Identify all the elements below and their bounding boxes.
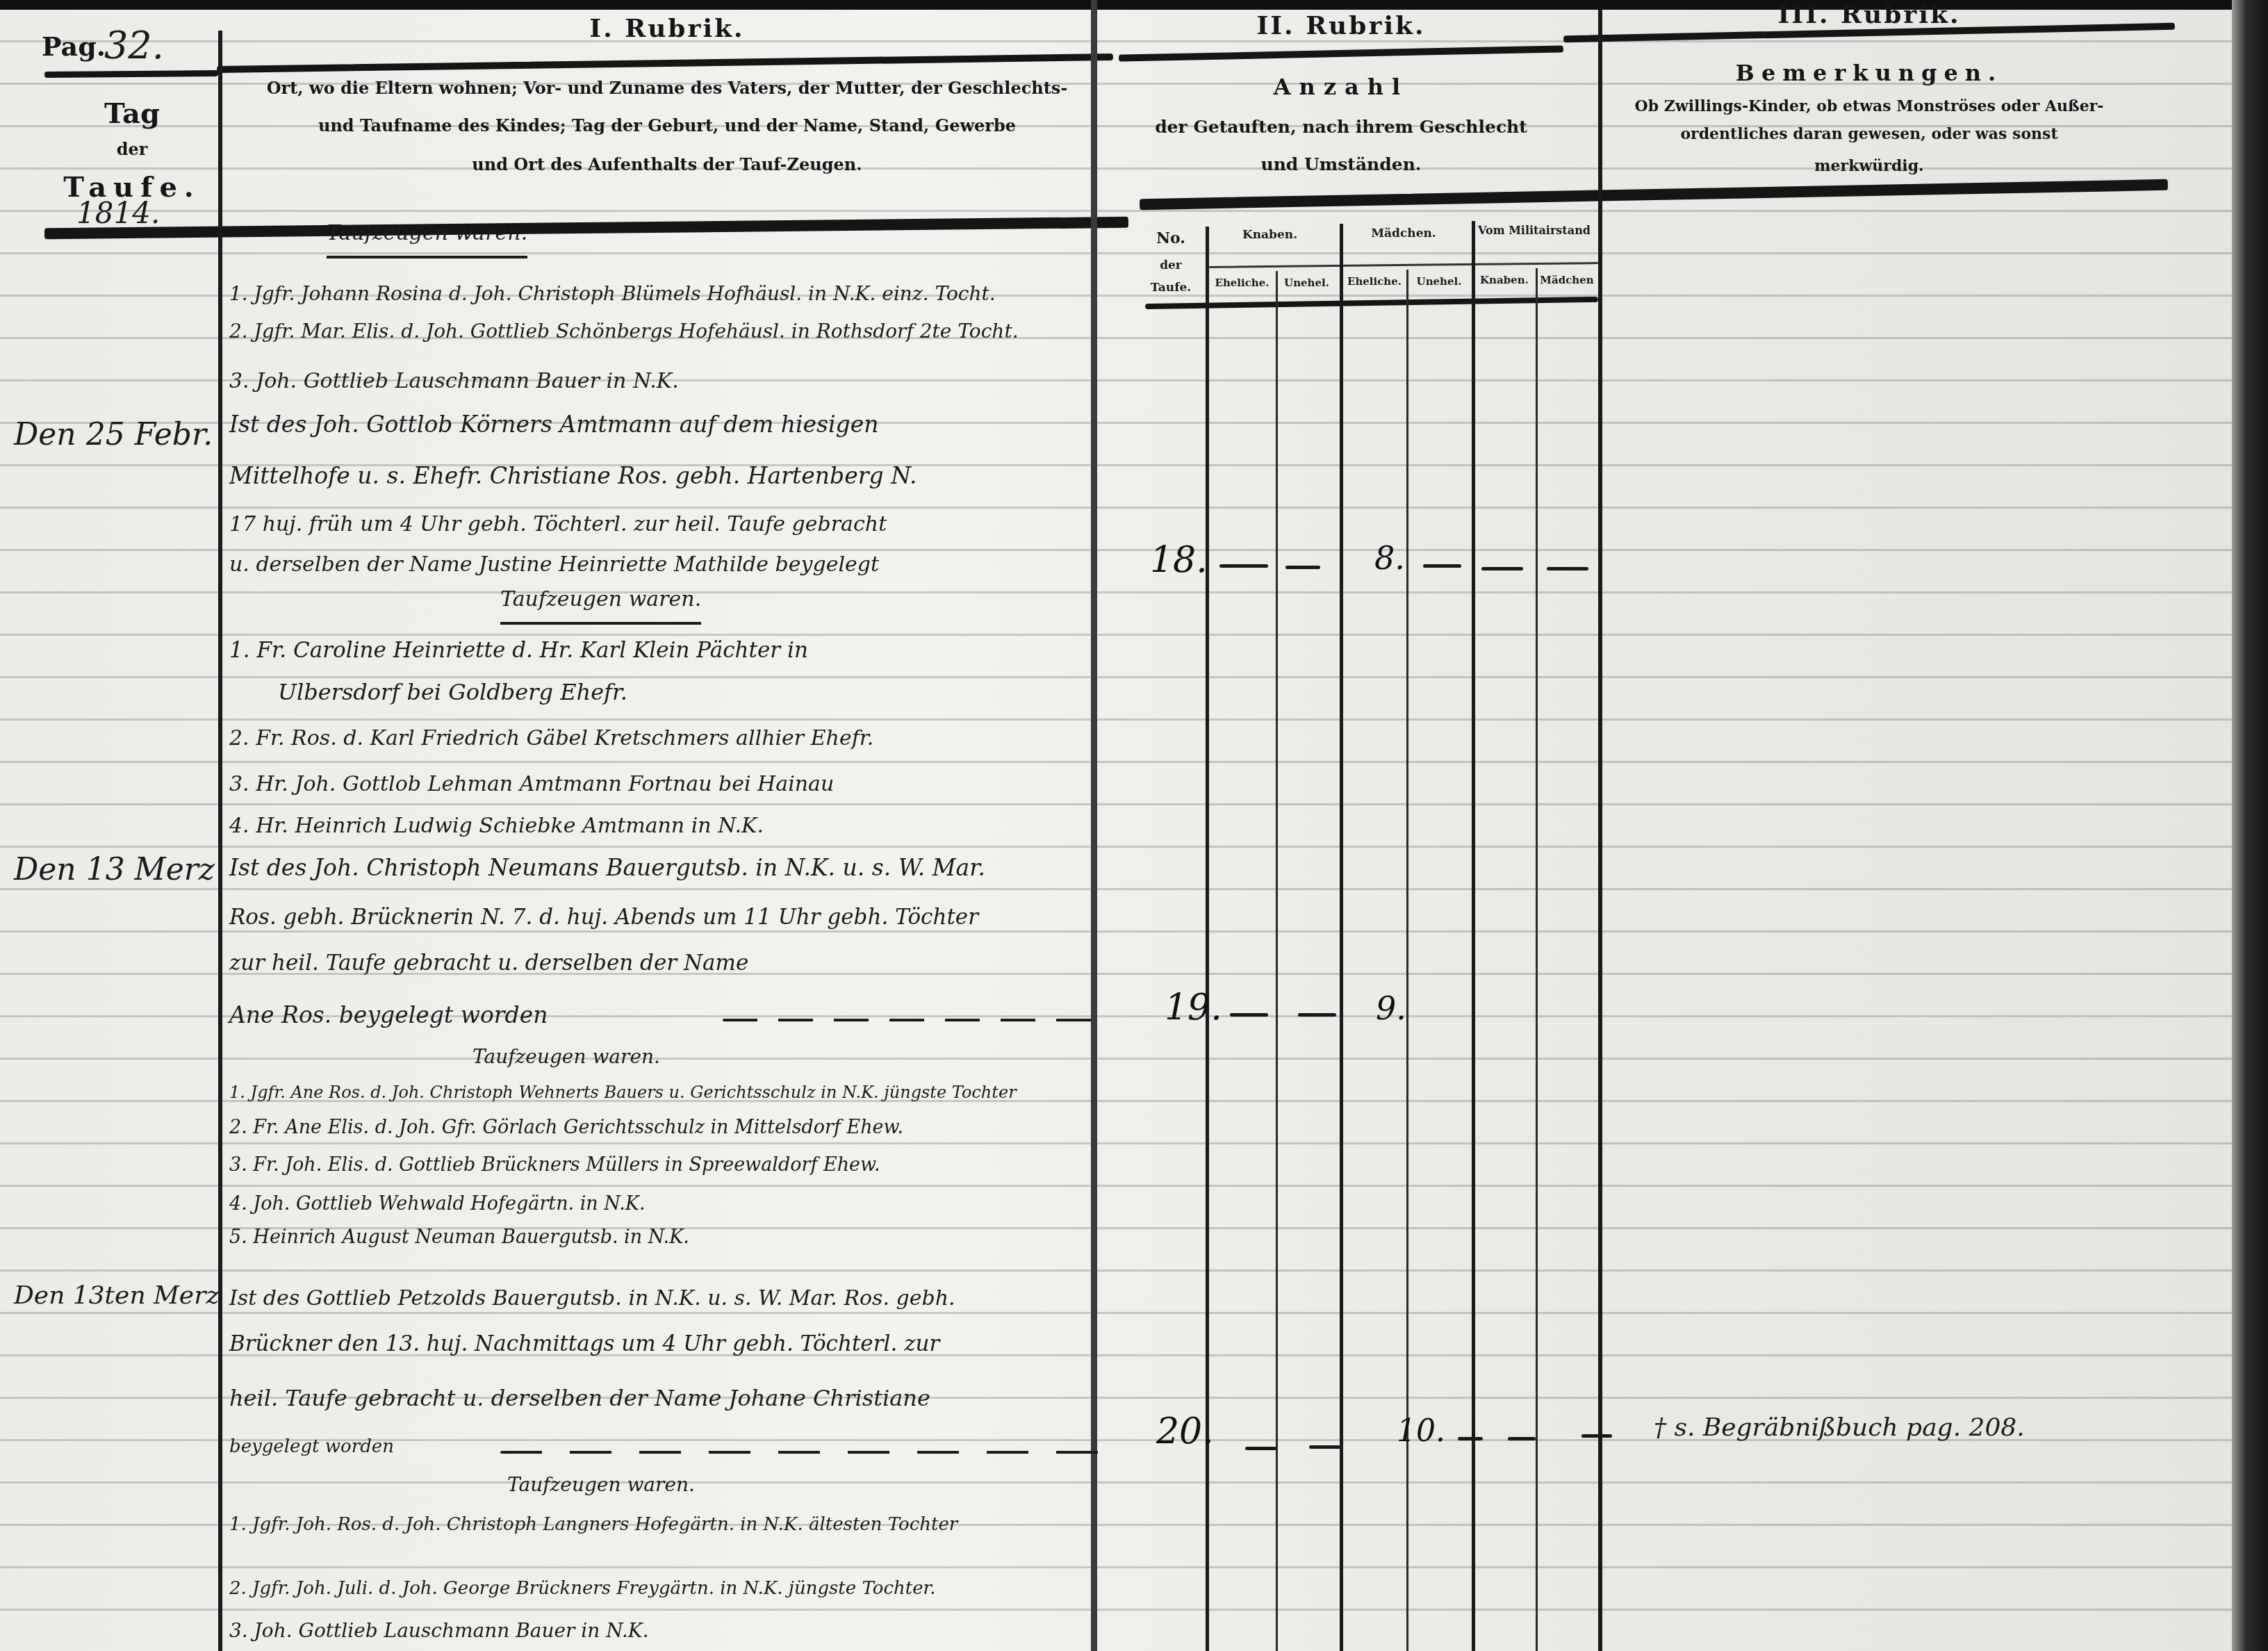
maedchen-eheliche-header: Eheliche.: [1342, 275, 1406, 288]
divider-date-rubrik1: [218, 31, 222, 1651]
entry1-line0: Ist des Joh. Gottlob Körners Amtmann auf…: [229, 403, 878, 445]
rubrik3-desc-line2: Ob Zwillings-Kinder, ob etwas Monströses…: [1598, 97, 2140, 115]
entry1-line1: Mittelhofe u. s. Ehefr. Christiane Ros. …: [229, 454, 917, 497]
entry1-line4: Taufzeugen waren.: [500, 578, 701, 625]
header-bottom-rule-right: [1140, 179, 2168, 210]
entry3-closing-dashes: [500, 1451, 1112, 1454]
entry2-no: 19.: [1165, 987, 1222, 1028]
entry1-mil-knaben: [1481, 567, 1523, 570]
entry3-line3: beygelegt worden: [229, 1426, 394, 1468]
register-page: Pag. 32. Tag der Taufe. 1814. I. Rubrik.…: [0, 0, 2268, 1651]
rubrik3-desc-line3: ordentliches daran gewesen, oder was son…: [1598, 125, 2140, 143]
year-label: 1814.: [76, 196, 160, 230]
day-header-line2: der: [49, 139, 215, 159]
subheader-mid-rule: [1209, 262, 1598, 268]
rubrik2-title: II. Rubrik.: [1126, 11, 1556, 40]
rubrik3-desc-line1: Bemerkungen.: [1598, 60, 2140, 86]
header-bottom-rule-left: [44, 217, 1128, 239]
entry3-line5: 1. Jgfr. Joh. Ros. d. Joh. Christoph Lan…: [229, 1504, 958, 1546]
col-knaben-split: [1276, 271, 1278, 1651]
entry1-knaben-unehel: [1285, 566, 1320, 569]
entry1-knaben-eheliche: [1219, 564, 1268, 568]
entry3-mil-maedchen: [1581, 1434, 1612, 1438]
entry2-line2: zur heil. Taufe gebracht u. derselben de…: [229, 942, 748, 985]
entry3-maedchen-unehel: [1458, 1437, 1483, 1440]
mil-knaben-header: Knaben.: [1474, 274, 1534, 286]
col-knaben-maedchen: [1340, 224, 1343, 1651]
entry2-line6: 2. Fr. Ane Elis. d. Joh. Gfr. Görlach Ge…: [229, 1106, 903, 1149]
no-header-line2: der: [1140, 258, 1202, 272]
entry2-line3: Ane Ros. beygelegt worden: [229, 994, 548, 1036]
entry0-line1: 1. Jgfr. Johann Rosina d. Joh. Christoph…: [229, 272, 996, 315]
entry2-line1: Ros. gebh. Brücknerin N. 7. d. huj. Aben…: [229, 896, 978, 939]
no-header-line3: Taufe.: [1140, 281, 1202, 295]
divider-rubrik2-rubrik3: [1598, 10, 1602, 1651]
rubrik1-desc-line1: Ort, wo die Eltern wohnen; Vor- und Zuna…: [222, 78, 1112, 98]
rubrik2-desc-line3: und Umständen.: [1126, 154, 1556, 174]
entry0-line0: Taufzeugen waren.: [327, 212, 527, 258]
entry2-maedchen-eheliche: 9.: [1376, 989, 1406, 1027]
entry1-line5: 1. Fr. Caroline Heinriette d. Hr. Karl K…: [229, 630, 808, 672]
militair-header: Vom Militairstand: [1472, 224, 1597, 237]
entry3-mil-knaben: [1508, 1437, 1536, 1440]
entry3-line2: heil. Taufe gebracht u. derselben der Na…: [229, 1377, 930, 1420]
entry1-maedchen-unehel: [1423, 564, 1461, 568]
knaben-eheliche-header: Eheliche.: [1209, 277, 1275, 289]
knaben-header: Knaben.: [1206, 228, 1334, 242]
no-header-line1: No.: [1140, 229, 1202, 247]
entry0-line2: 2. Jgfr. Mar. Elis. d. Joh. Gottlieb Sch…: [229, 310, 1019, 352]
entry2-knaben-eheliche: [1230, 1013, 1268, 1017]
entry1-line7: 2. Fr. Ros. d. Karl Friedrich Gäbel Kret…: [229, 717, 873, 759]
rubrik3-title: III. Rubrik.: [1598, 0, 2140, 29]
rubrik3-desc-line4: merkwürdig.: [1598, 157, 2140, 175]
page-label: Pag.: [42, 31, 106, 62]
entry3-line1: Brückner den 13. huj. Nachmittags um 4 U…: [229, 1323, 939, 1365]
entry1-line6: Ulbersdorf bei Goldberg Ehefr.: [278, 671, 627, 714]
entry2-knaben-unehel: [1298, 1013, 1336, 1017]
entry3-maedchen-eheliche: 10.: [1397, 1413, 1445, 1449]
entry2-line7: 3. Fr. Joh. Elis. d. Gottlieb Brückners …: [229, 1144, 880, 1186]
entry3-knaben-eheliche: [1245, 1447, 1276, 1450]
entry1-mil-maedchen: [1547, 567, 1588, 570]
divider-rubrik1-rubrik2: [1091, 0, 1097, 1651]
col-militair-split: [1536, 268, 1538, 1651]
entry3-line4: Taufzeugen waren.: [507, 1463, 695, 1506]
book-binding-edge: [2232, 0, 2268, 1651]
maedchen-unehel-header: Unehel.: [1408, 275, 1470, 288]
mil-maedchen-header: Mädchen: [1537, 274, 1597, 286]
entry2-closing-dashes: [723, 1019, 1098, 1021]
entry3-remark: † s. Begräbnißbuch pag. 208.: [1654, 1413, 2025, 1442]
entry3-line0: Ist des Gottlieb Petzolds Bauergutsb. in…: [229, 1277, 955, 1320]
rubrik1-desc-line3: und Ort des Aufenthalts der Tauf-Zeugen.: [222, 154, 1112, 174]
header-rule-left: [44, 70, 218, 78]
rubrik2-desc-line2: der Getauften, nach ihrem Geschlecht: [1126, 117, 1556, 137]
header-rule-rubrik1: [217, 54, 1113, 73]
entry1-date: Den 25 Febr.: [14, 417, 213, 452]
entry1-no: 18.: [1150, 539, 1208, 581]
entry1-line9: 4. Hr. Heinrich Ludwig Schiebke Amtmann …: [229, 805, 764, 847]
day-header-line1: Tag: [49, 97, 215, 130]
entry1-line2: 17 huj. früh um 4 Uhr gebh. Töchterl. zu…: [229, 503, 887, 545]
rubrik1-title: I. Rubrik.: [222, 14, 1112, 43]
subheader-bottom-rule: [1145, 297, 1598, 309]
entry3-date: Den 13ten Merz: [14, 1281, 219, 1310]
entry3-no: 20.: [1156, 1411, 1214, 1452]
entry2-line9: 5. Heinrich August Neuman Bauergutsb. in…: [229, 1216, 689, 1258]
entry3-line6: 2. Jgfr. Joh. Juli. d. Joh. George Brück…: [229, 1568, 935, 1610]
entry3-line7: 3. Joh. Gottlieb Lauschmann Bauer in N.K…: [229, 1609, 649, 1651]
entry2-line0: Ist des Joh. Christoph Neumans Bauerguts…: [229, 846, 985, 889]
rubrik1-desc-line2: und Taufname des Kindes; Tag der Geburt,…: [222, 115, 1112, 135]
maedchen-header: Mädchen.: [1338, 227, 1470, 240]
rubrik2-desc-line1: Anzahl: [1126, 74, 1556, 100]
page-number: 32.: [104, 24, 164, 67]
entry3-knaben-unehel: [1309, 1445, 1340, 1449]
entry1-line8: 3. Hr. Joh. Gottlob Lehman Amtmann Fortn…: [229, 763, 834, 805]
entry0-line3: 3. Joh. Gottlieb Lauschmann Bauer in N.K…: [229, 360, 679, 402]
header-rule-rubrik2: [1119, 45, 1563, 61]
entry2-date: Den 13 Merz: [14, 852, 215, 887]
knaben-unehel-header: Unehel.: [1277, 277, 1336, 289]
entry1-maedchen-eheliche: 8.: [1374, 539, 1405, 577]
